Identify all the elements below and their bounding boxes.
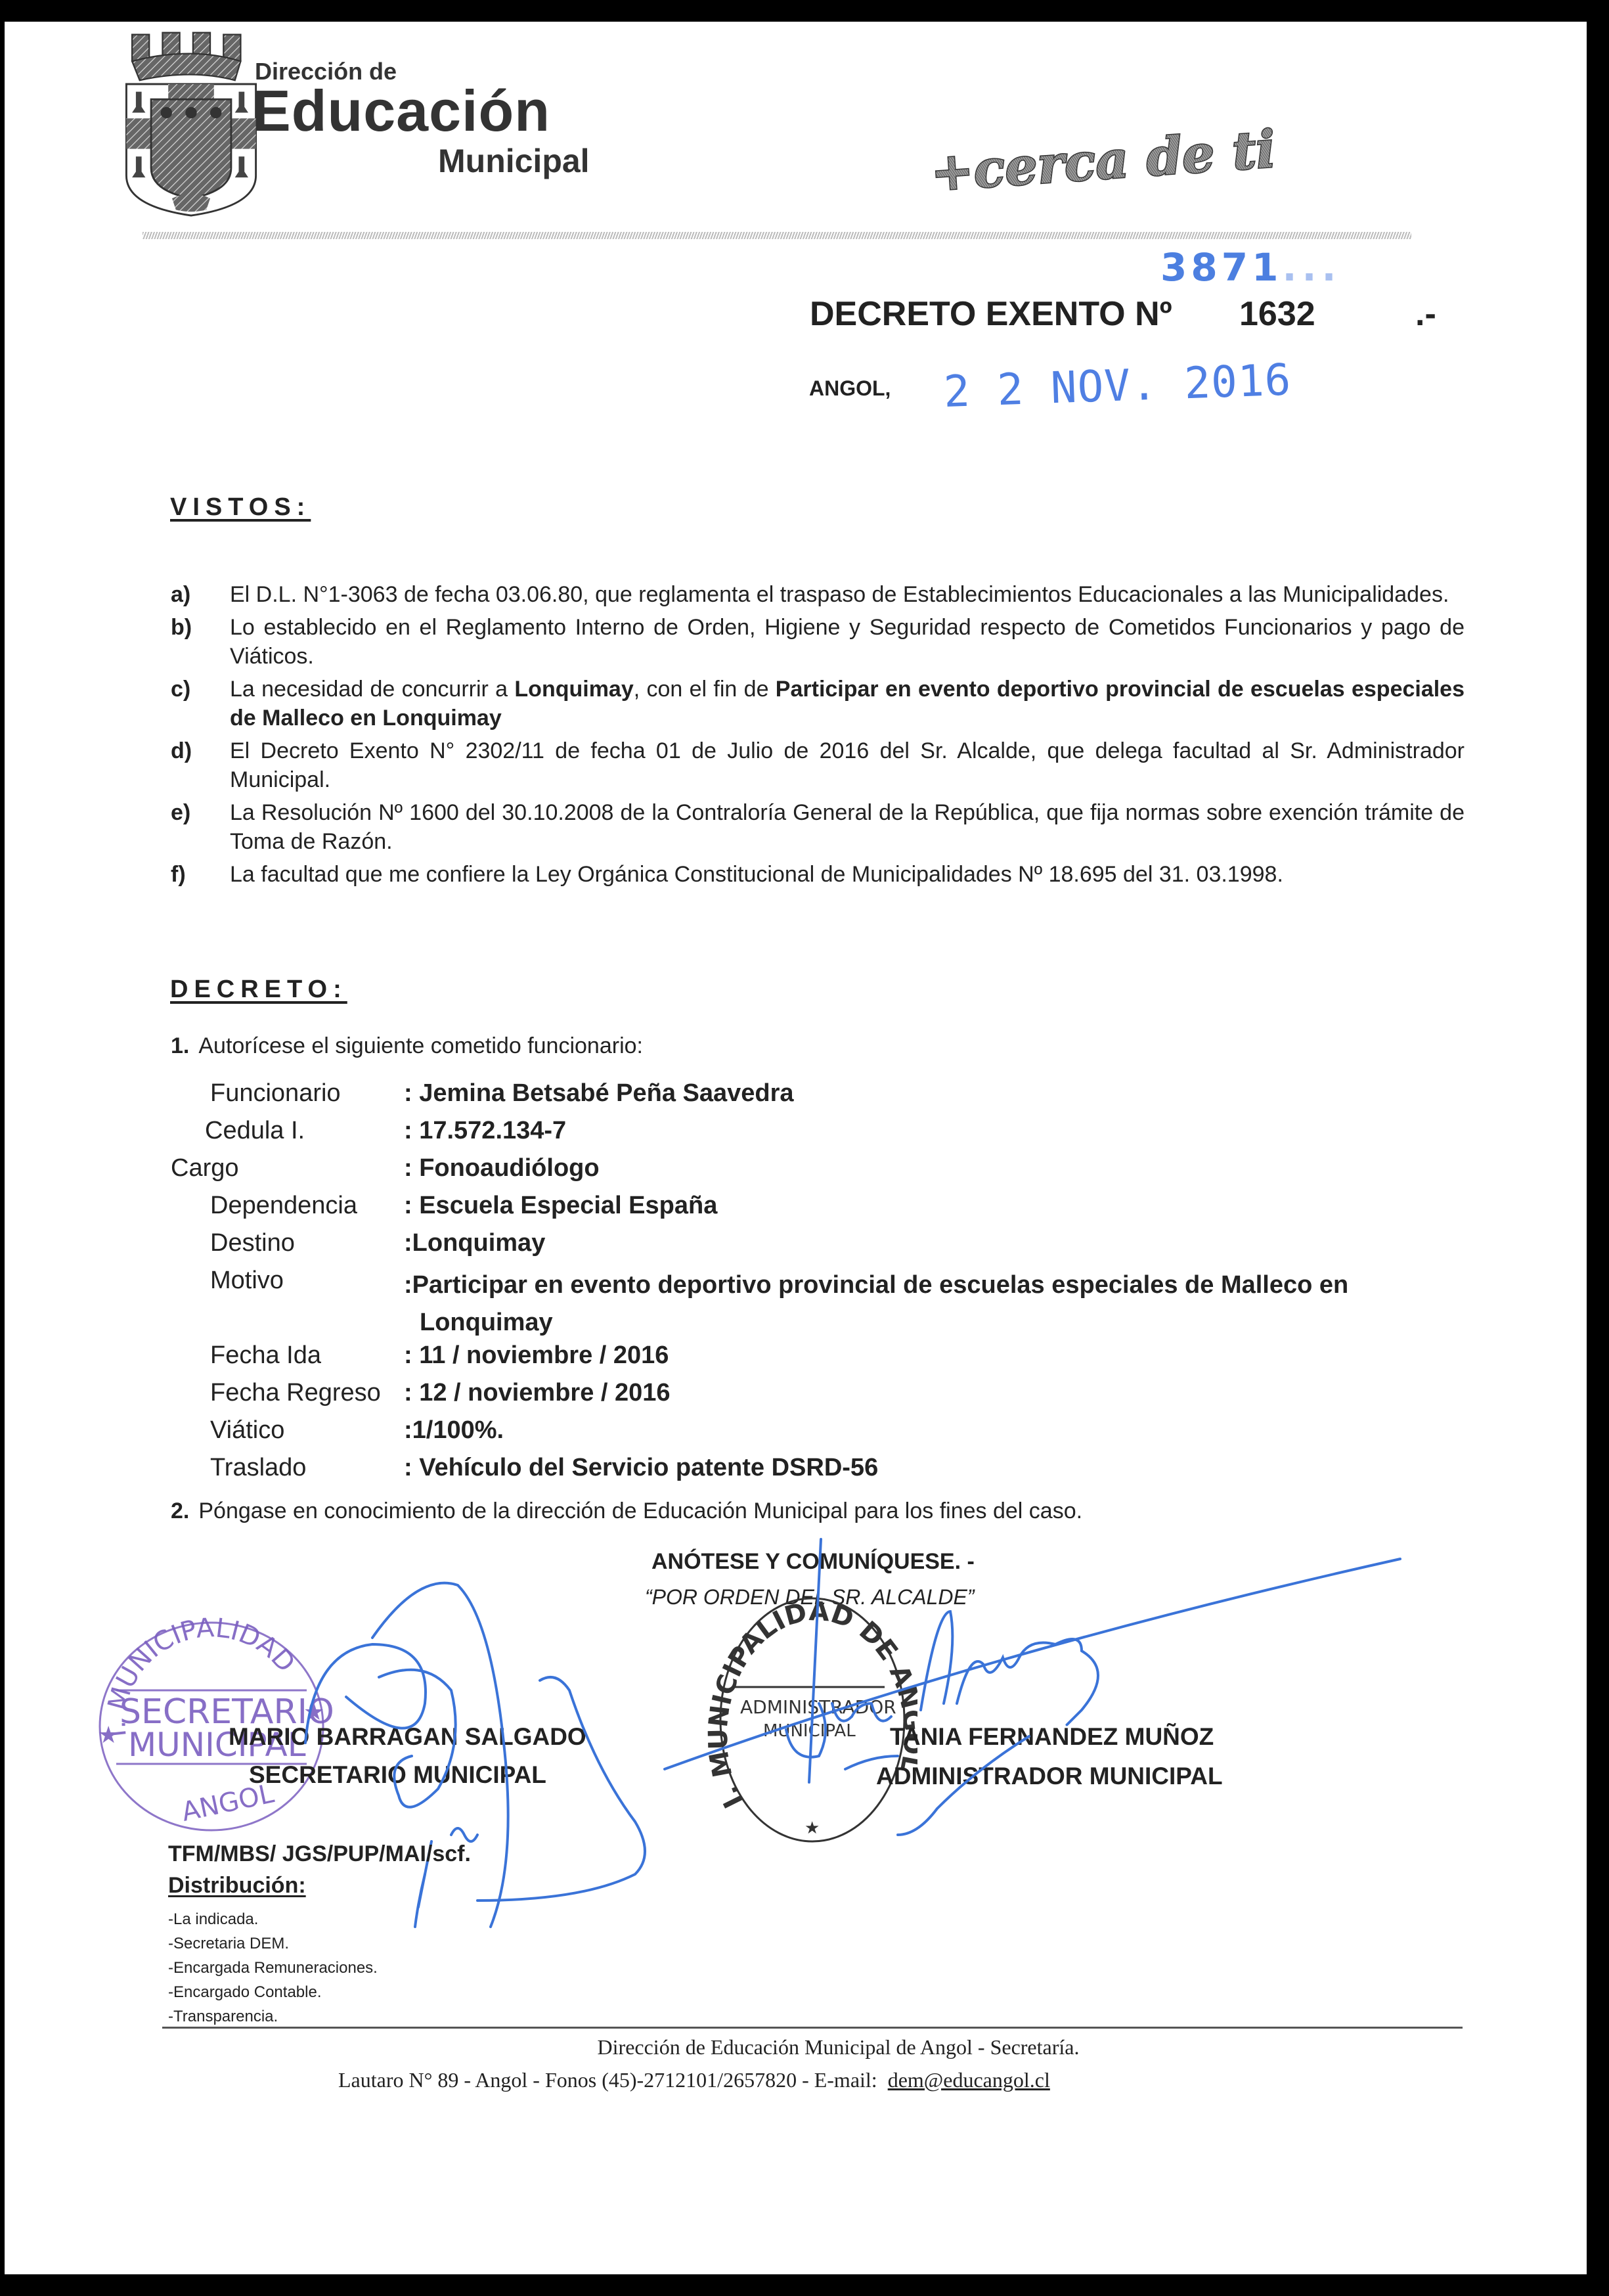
field-row-fecha-regreso: Fecha Regreso : 12 / noviembre / 2016: [171, 1379, 1465, 1416]
field-label: Funcionario: [171, 1079, 404, 1108]
vistos-item: a) El D.L. N°1-3063 de fecha 03.06.80, q…: [171, 580, 1465, 609]
field-value: : Fonoaudiólogo: [404, 1154, 1465, 1182]
field-value: :Participar en evento deportivo provinci…: [404, 1267, 1465, 1341]
left-signatory-title: SECRETARIO MUNICIPAL: [249, 1761, 546, 1789]
item-text: La necesidad de concurrir a Lonquimay, c…: [230, 675, 1465, 732]
footer-address: Lautaro N° 89 - Angol - Fonos (45)-27121…: [338, 2068, 877, 2092]
field-row-cedula: Cedula I. : 17.572.134-7: [171, 1117, 1465, 1154]
footer-email-link[interactable]: dem@educangol.cl: [888, 2068, 1050, 2092]
decreto-heading: DECRETO:: [170, 976, 347, 1004]
right-signatory-name: TANIA FERNANDEZ MUÑOZ: [890, 1723, 1214, 1751]
field-value: :Lonquimay: [404, 1229, 1465, 1257]
svg-text:ADMINISTRADOR: ADMINISTRADOR: [740, 1696, 896, 1718]
field-row-funcionario: Funcionario : Jemina Betsabé Peña Saaved…: [171, 1079, 1465, 1117]
field-label: Destino: [171, 1229, 404, 1257]
item-letter: a): [171, 580, 230, 609]
field-label: Cedula I.: [171, 1117, 404, 1145]
decreto-item-2: 2.Póngase en conocimiento de la direcció…: [171, 1498, 1082, 1524]
place-label: ANGOL,: [809, 376, 891, 401]
field-row-viatico: Viático :1/100%.: [171, 1416, 1465, 1454]
field-value-line: Lonquimay: [404, 1309, 553, 1336]
item-number: 2.: [171, 1498, 189, 1523]
administrator-stamp: I. MUNICIPALIDAD DE ANGOL ADMINISTRADOR …: [707, 1585, 917, 1855]
distribution-item: -Transparencia.: [168, 2004, 378, 2029]
item-text-part: , con el fin de: [634, 677, 776, 702]
field-row-fecha-ida: Fecha Ida : 11 / noviembre / 2016: [171, 1341, 1465, 1379]
closing-formula: ANÓTESE Y COMUNÍQUESE. -: [651, 1549, 975, 1575]
decreto-item-1: 1.Autorícese el siguiente cometido funci…: [171, 1033, 643, 1059]
coat-of-arms-icon: [118, 27, 264, 217]
item-letter: f): [171, 860, 230, 889]
item-text: La Resolución Nº 1600 del 30.10.2008 de …: [230, 798, 1465, 856]
date-stamp: 2 2 NOV. 2016: [943, 355, 1292, 417]
decree-number: 1632: [1239, 294, 1315, 334]
vistos-item: d) El Decreto Exento N° 2302/11 de fecha…: [171, 736, 1465, 794]
distribution-item: -Encargado Contable.: [168, 1980, 378, 2004]
svg-text:+cerca de ti: +cerca de ti: [929, 120, 1277, 203]
vistos-item: b) Lo establecido en el Reglamento Inter…: [171, 613, 1465, 671]
vistos-item: c) La necesidad de concurrir a Lonquimay…: [171, 675, 1465, 732]
item-letter: b): [171, 613, 230, 671]
svg-text:★: ★: [303, 1699, 324, 1726]
field-label: Motivo: [171, 1267, 404, 1295]
vistos-item: f) La facultad que me confiere la Ley Or…: [171, 860, 1465, 889]
vistos-item: e) La Resolución Nº 1600 del 30.10.2008 …: [171, 798, 1465, 856]
item-text: Póngase en conocimiento de la dirección …: [198, 1498, 1082, 1523]
item-text: El Decreto Exento N° 2302/11 de fecha 01…: [230, 736, 1465, 794]
field-label: Fecha Ida: [171, 1341, 404, 1370]
registry-number: 3871: [1160, 245, 1282, 290]
item-place: Lonquimay: [514, 677, 633, 702]
references-initials: TFM/MBS/ JGS/PUP/MAI/scf.: [168, 1841, 471, 1867]
field-label: Fecha Regreso: [171, 1379, 404, 1407]
svg-text:★: ★: [98, 1722, 119, 1749]
registry-stamp: 3871...: [1160, 245, 1342, 290]
slogan-logo: +cerca de ti: [924, 104, 1331, 209]
vistos-list: a) El D.L. N°1-3063 de fecha 03.06.80, q…: [171, 580, 1465, 893]
decree-title: DECRETO EXENTO Nº: [810, 294, 1172, 334]
distribution-item: -Secretaria DEM.: [168, 1931, 378, 1956]
field-row-destino: Destino :Lonquimay: [171, 1229, 1465, 1267]
item-text: La facultad que me confiere la Ley Orgán…: [230, 860, 1465, 889]
distribution-item: -Encargada Remuneraciones.: [168, 1956, 378, 1980]
brand-line-2: Educación: [252, 82, 550, 140]
registry-stamp-faint: ...: [1282, 245, 1341, 290]
left-signatory-name: MARIO BARRAGAN SALGADO: [229, 1723, 586, 1751]
field-value: : Escuela Especial España: [404, 1192, 1465, 1220]
right-signatory-title: ADMINISTRADOR MUNICIPAL: [876, 1763, 1223, 1790]
field-value: : 12 / noviembre / 2016: [404, 1379, 1465, 1407]
item-letter: c): [171, 675, 230, 732]
field-value: : 11 / noviembre / 2016: [404, 1341, 1465, 1370]
item-text: El D.L. N°1-3063 de fecha 03.06.80, que …: [230, 580, 1465, 609]
item-text: Lo establecido en el Reglamento Interno …: [230, 613, 1465, 671]
item-letter: d): [171, 736, 230, 794]
vistos-heading: VISTOS:: [170, 493, 311, 522]
field-row-motivo: Motivo :Participar en evento deportivo p…: [171, 1267, 1465, 1341]
item-text: Autorícese el siguiente cometido funcion…: [198, 1033, 643, 1058]
field-value: : Jemina Betsabé Peña Saavedra: [404, 1079, 1465, 1108]
svg-text:MUNICIPAL: MUNICIPAL: [763, 1721, 856, 1741]
brand-line-3: Municipal: [438, 142, 590, 180]
footer-divider: [162, 2027, 1463, 2029]
commission-fields: Funcionario : Jemina Betsabé Peña Saaved…: [171, 1079, 1465, 1491]
header-divider: [143, 232, 1411, 239]
field-value-line: :Participar en evento deportivo provinci…: [404, 1271, 1348, 1299]
field-label: Traslado: [171, 1454, 404, 1482]
distribution-heading: Distribución:: [168, 1873, 306, 1899]
field-label: Dependencia: [171, 1192, 404, 1220]
field-value: : 17.572.134-7: [404, 1117, 1465, 1145]
distribution-list: -La indicada. -Secretaria DEM. -Encargad…: [168, 1907, 378, 2029]
field-row-traslado: Traslado : Vehículo del Servicio patente…: [171, 1454, 1465, 1491]
field-label: Viático: [171, 1416, 404, 1445]
document-page: Dirección de Educación Municipal +cerca …: [5, 22, 1587, 2274]
footer-contact: Lautaro N° 89 - Angol - Fonos (45)-27121…: [338, 2068, 1050, 2092]
field-row-dependencia: Dependencia : Escuela Especial España: [171, 1192, 1465, 1229]
field-row-cargo: Cargo : Fonoaudiólogo: [171, 1154, 1465, 1192]
field-value: : Vehículo del Servicio patente DSRD-56: [404, 1454, 1465, 1482]
svg-text:★: ★: [804, 1818, 820, 1838]
distribution-item: -La indicada.: [168, 1907, 378, 1931]
item-letter: e): [171, 798, 230, 856]
item-number: 1.: [171, 1033, 189, 1058]
field-label: Cargo: [171, 1154, 404, 1182]
item-text-part: La necesidad de concurrir a: [230, 677, 514, 702]
field-value: :1/100%.: [404, 1416, 1465, 1445]
decree-suffix: .-: [1415, 294, 1436, 334]
footer-organization: Dirección de Educación Municipal de Ango…: [5, 2035, 1587, 2060]
